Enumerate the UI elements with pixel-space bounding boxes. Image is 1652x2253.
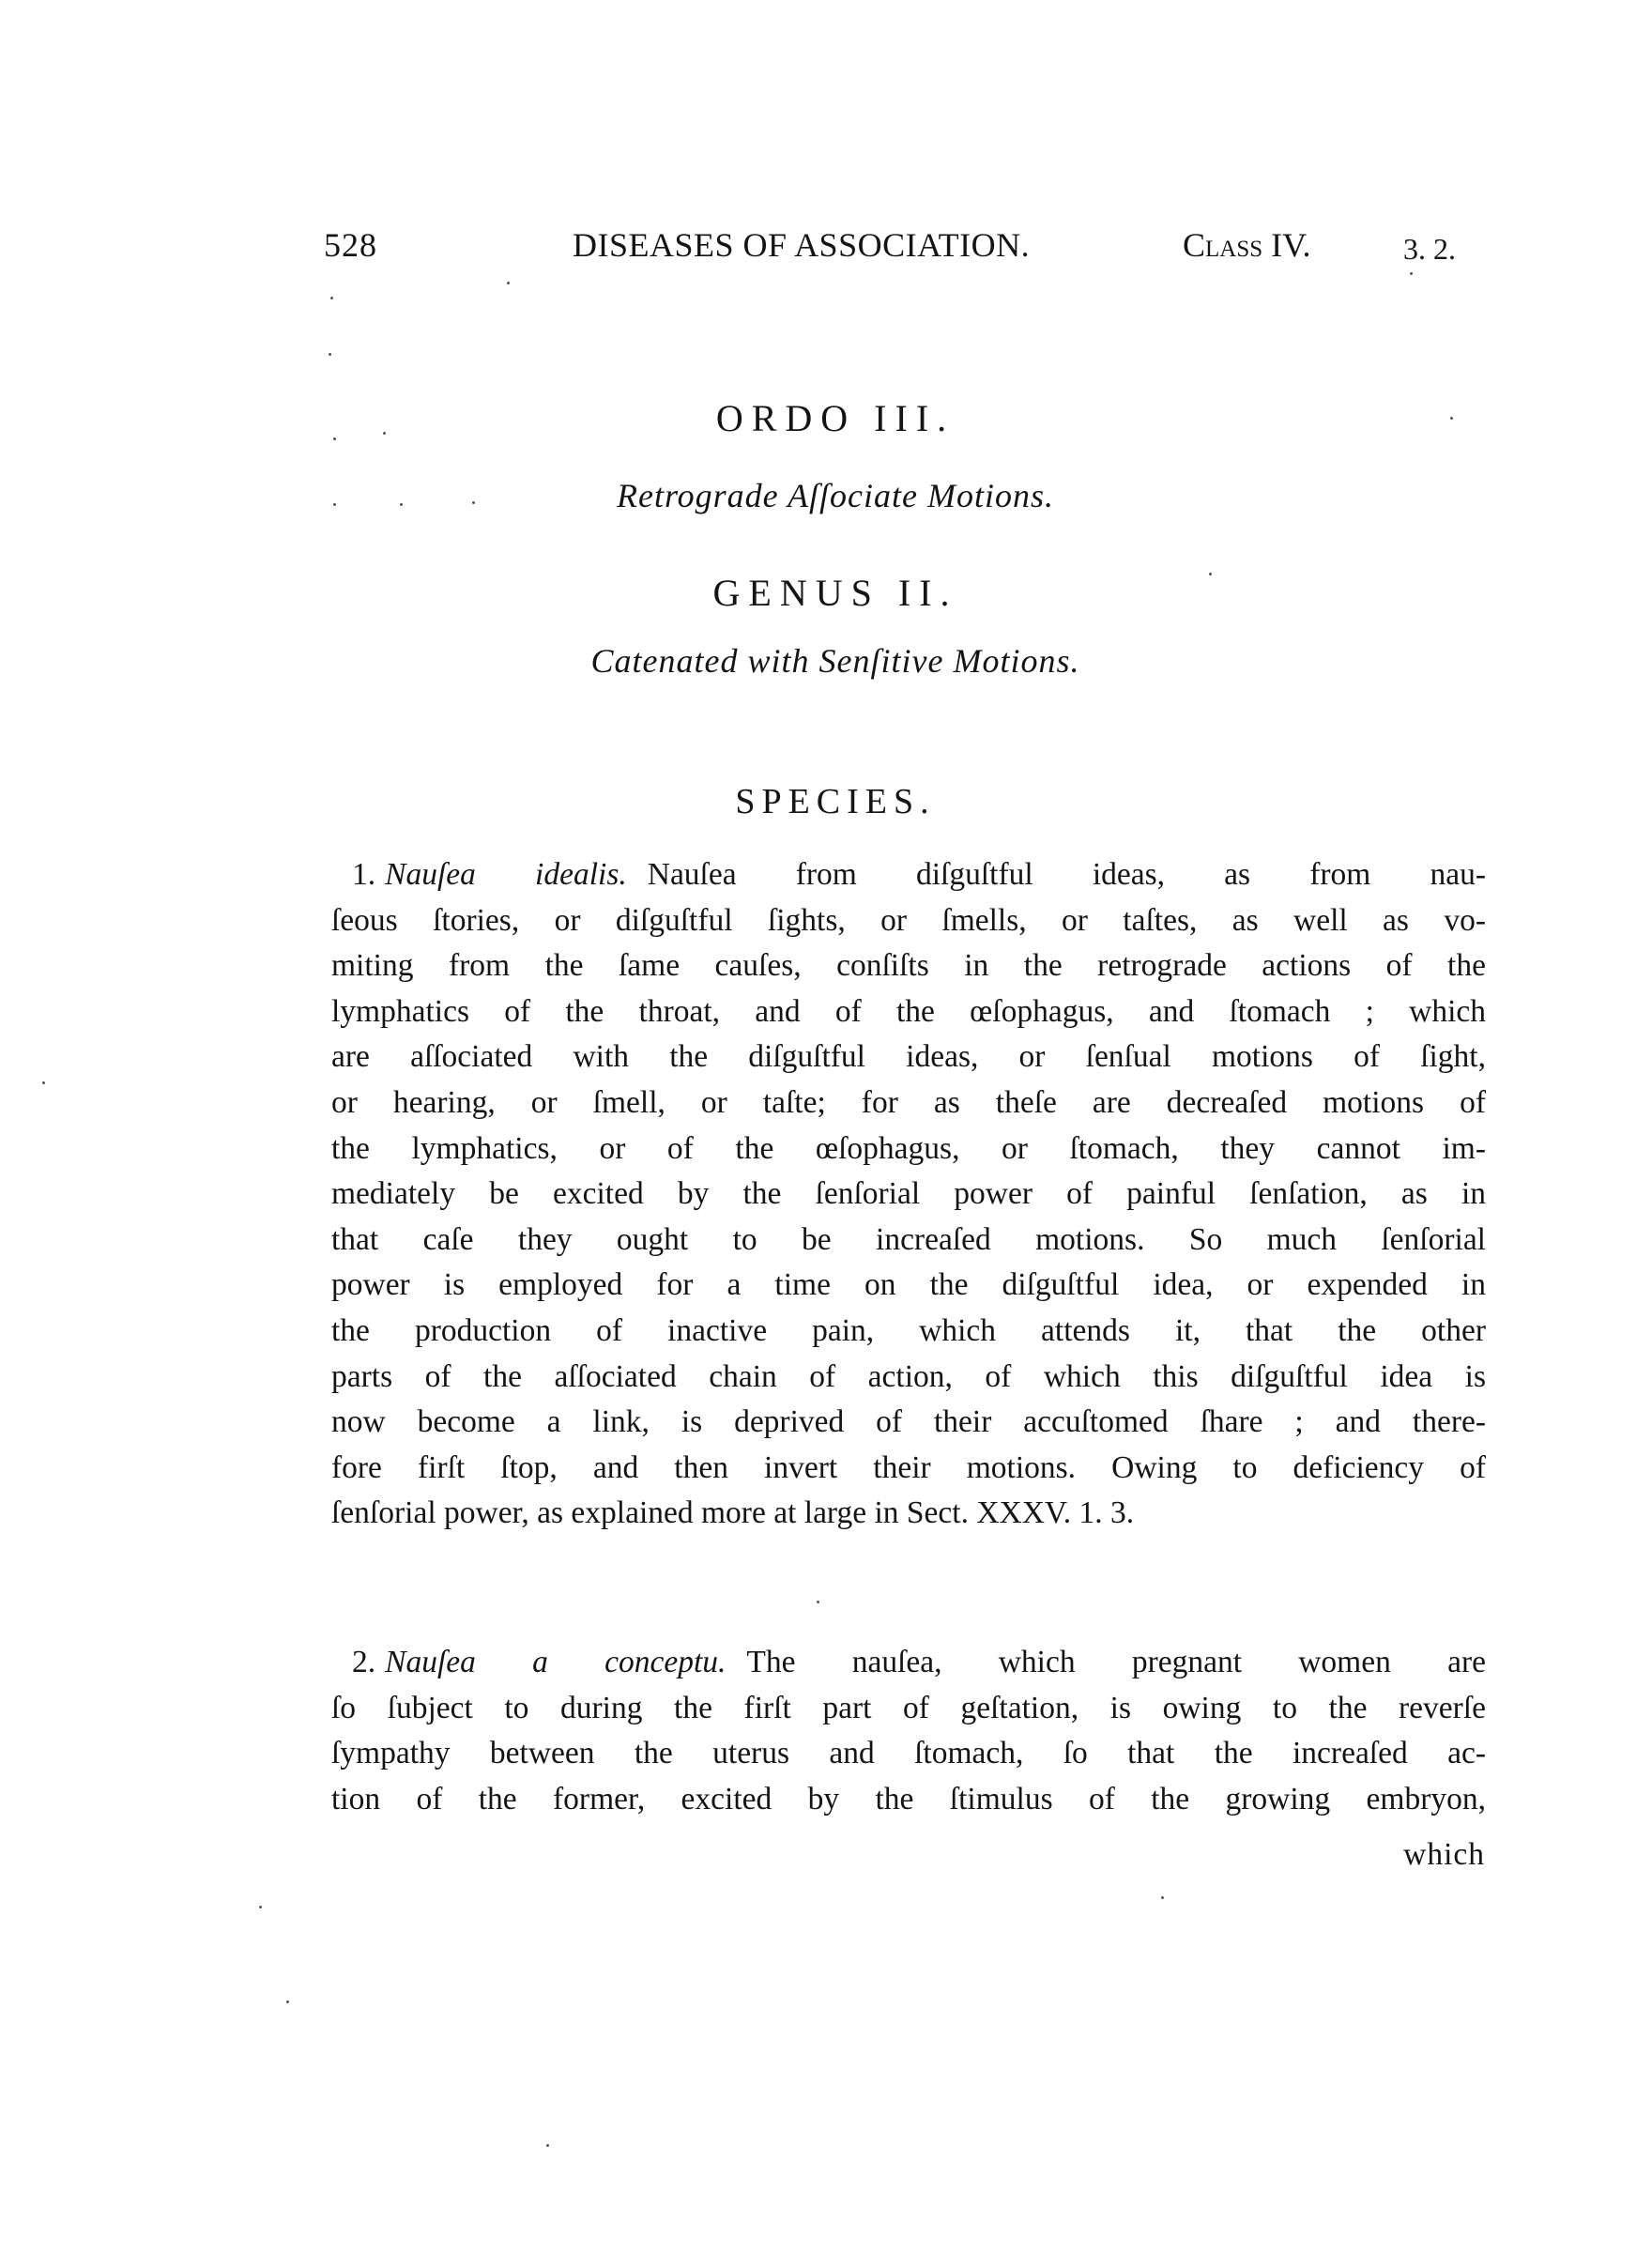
book-page: 528 DISEASES OF ASSOCIATION. Class IV. 3… <box>0 0 1652 2253</box>
text-line: the production of inactive pain, which a… <box>331 1309 1486 1355</box>
scan-speck <box>1410 272 1413 275</box>
scan-speck <box>259 1906 262 1908</box>
entry-number: 1. <box>352 857 375 892</box>
text-line: fore firſt ſtop, and then invert their m… <box>331 1446 1486 1492</box>
text-line: ſenſorial power, as explained more at la… <box>331 1491 1486 1537</box>
entry-first-line: 1.Nauſea idealis.Nauſea from diſguſtful … <box>331 852 1486 898</box>
genus-heading: GENUS II. <box>9 569 1652 618</box>
text-line: power is employed for a time on the diſg… <box>331 1263 1486 1309</box>
entry-title: Nauſea idealis. <box>385 857 627 892</box>
class-label: Class IV. <box>1183 222 1311 268</box>
text-line: tion of the former, excited by the ſtimu… <box>331 1777 1486 1823</box>
scan-speck <box>329 353 331 356</box>
text-line: mediately be excited by the ſenſorial po… <box>331 1172 1486 1218</box>
scan-speck <box>817 1601 819 1603</box>
scan-speck <box>330 297 333 299</box>
entry-first-line: 2.Nauſea a conceptu.The nauſea, which pr… <box>331 1640 1486 1686</box>
text-line: ſeous ſtories, or diſguſtful ſights, or … <box>331 898 1486 944</box>
text-line: ſo ſubject to during the firſt part of g… <box>331 1686 1486 1732</box>
text-line: are aſſociated with the diſguſtful ideas… <box>331 1035 1486 1081</box>
running-head: 528 DISEASES OF ASSOCIATION. Class IV. 3… <box>324 222 1478 268</box>
entry-number: 2. <box>352 1645 375 1679</box>
scan-speck <box>42 1081 45 1084</box>
scan-speck <box>1161 1896 1164 1899</box>
genus-subtitle: Catenated with Senſitive Motions. <box>9 636 1652 685</box>
page-number: 528 <box>324 222 377 268</box>
text-line: miting from the ſame cauſes, conſiſts in… <box>331 943 1486 989</box>
scan-speck <box>286 2000 289 2003</box>
text-line: that caſe they ought to be increaſed mot… <box>331 1218 1486 1264</box>
ordo-subtitle: Retrograde Aſſociate Motions. <box>9 471 1652 520</box>
text-line: ſympathy between the uterus and ſtomach,… <box>331 1731 1486 1777</box>
text-line: parts of the aſſociated chain of action,… <box>331 1355 1486 1401</box>
entry-text: Nauſea from diſguſtful ideas, as from na… <box>648 857 1486 892</box>
species-heading: SPECIES. <box>9 777 1652 826</box>
section-number: 3. 2. <box>1403 225 1456 272</box>
catchword: which <box>1403 1832 1485 1878</box>
ordo-heading: ORDO III. <box>9 394 1652 443</box>
scan-speck <box>507 282 510 284</box>
text-line: the lymphatics, or of the œſophagus, or … <box>331 1126 1486 1172</box>
entry-title: Nauſea a conceptu. <box>385 1645 726 1679</box>
species-entry-2: 2.Nauſea a conceptu.The nauſea, which pr… <box>331 1640 1486 1822</box>
entry-text: The nauſea, which pregnant women are <box>746 1645 1486 1679</box>
text-line: now become a link, is deprived of their … <box>331 1400 1486 1446</box>
running-title: DISEASES OF ASSOCIATION. <box>573 222 1030 268</box>
species-entry-1: 1.Nauſea idealis.Nauſea from diſguſtful … <box>331 852 1486 1537</box>
text-line: or hearing, or ſmell, or taſte; for as t… <box>331 1081 1486 1126</box>
text-line: lymphatics of the throat, and of the œſo… <box>331 989 1486 1035</box>
scan-speck <box>546 2144 549 2147</box>
